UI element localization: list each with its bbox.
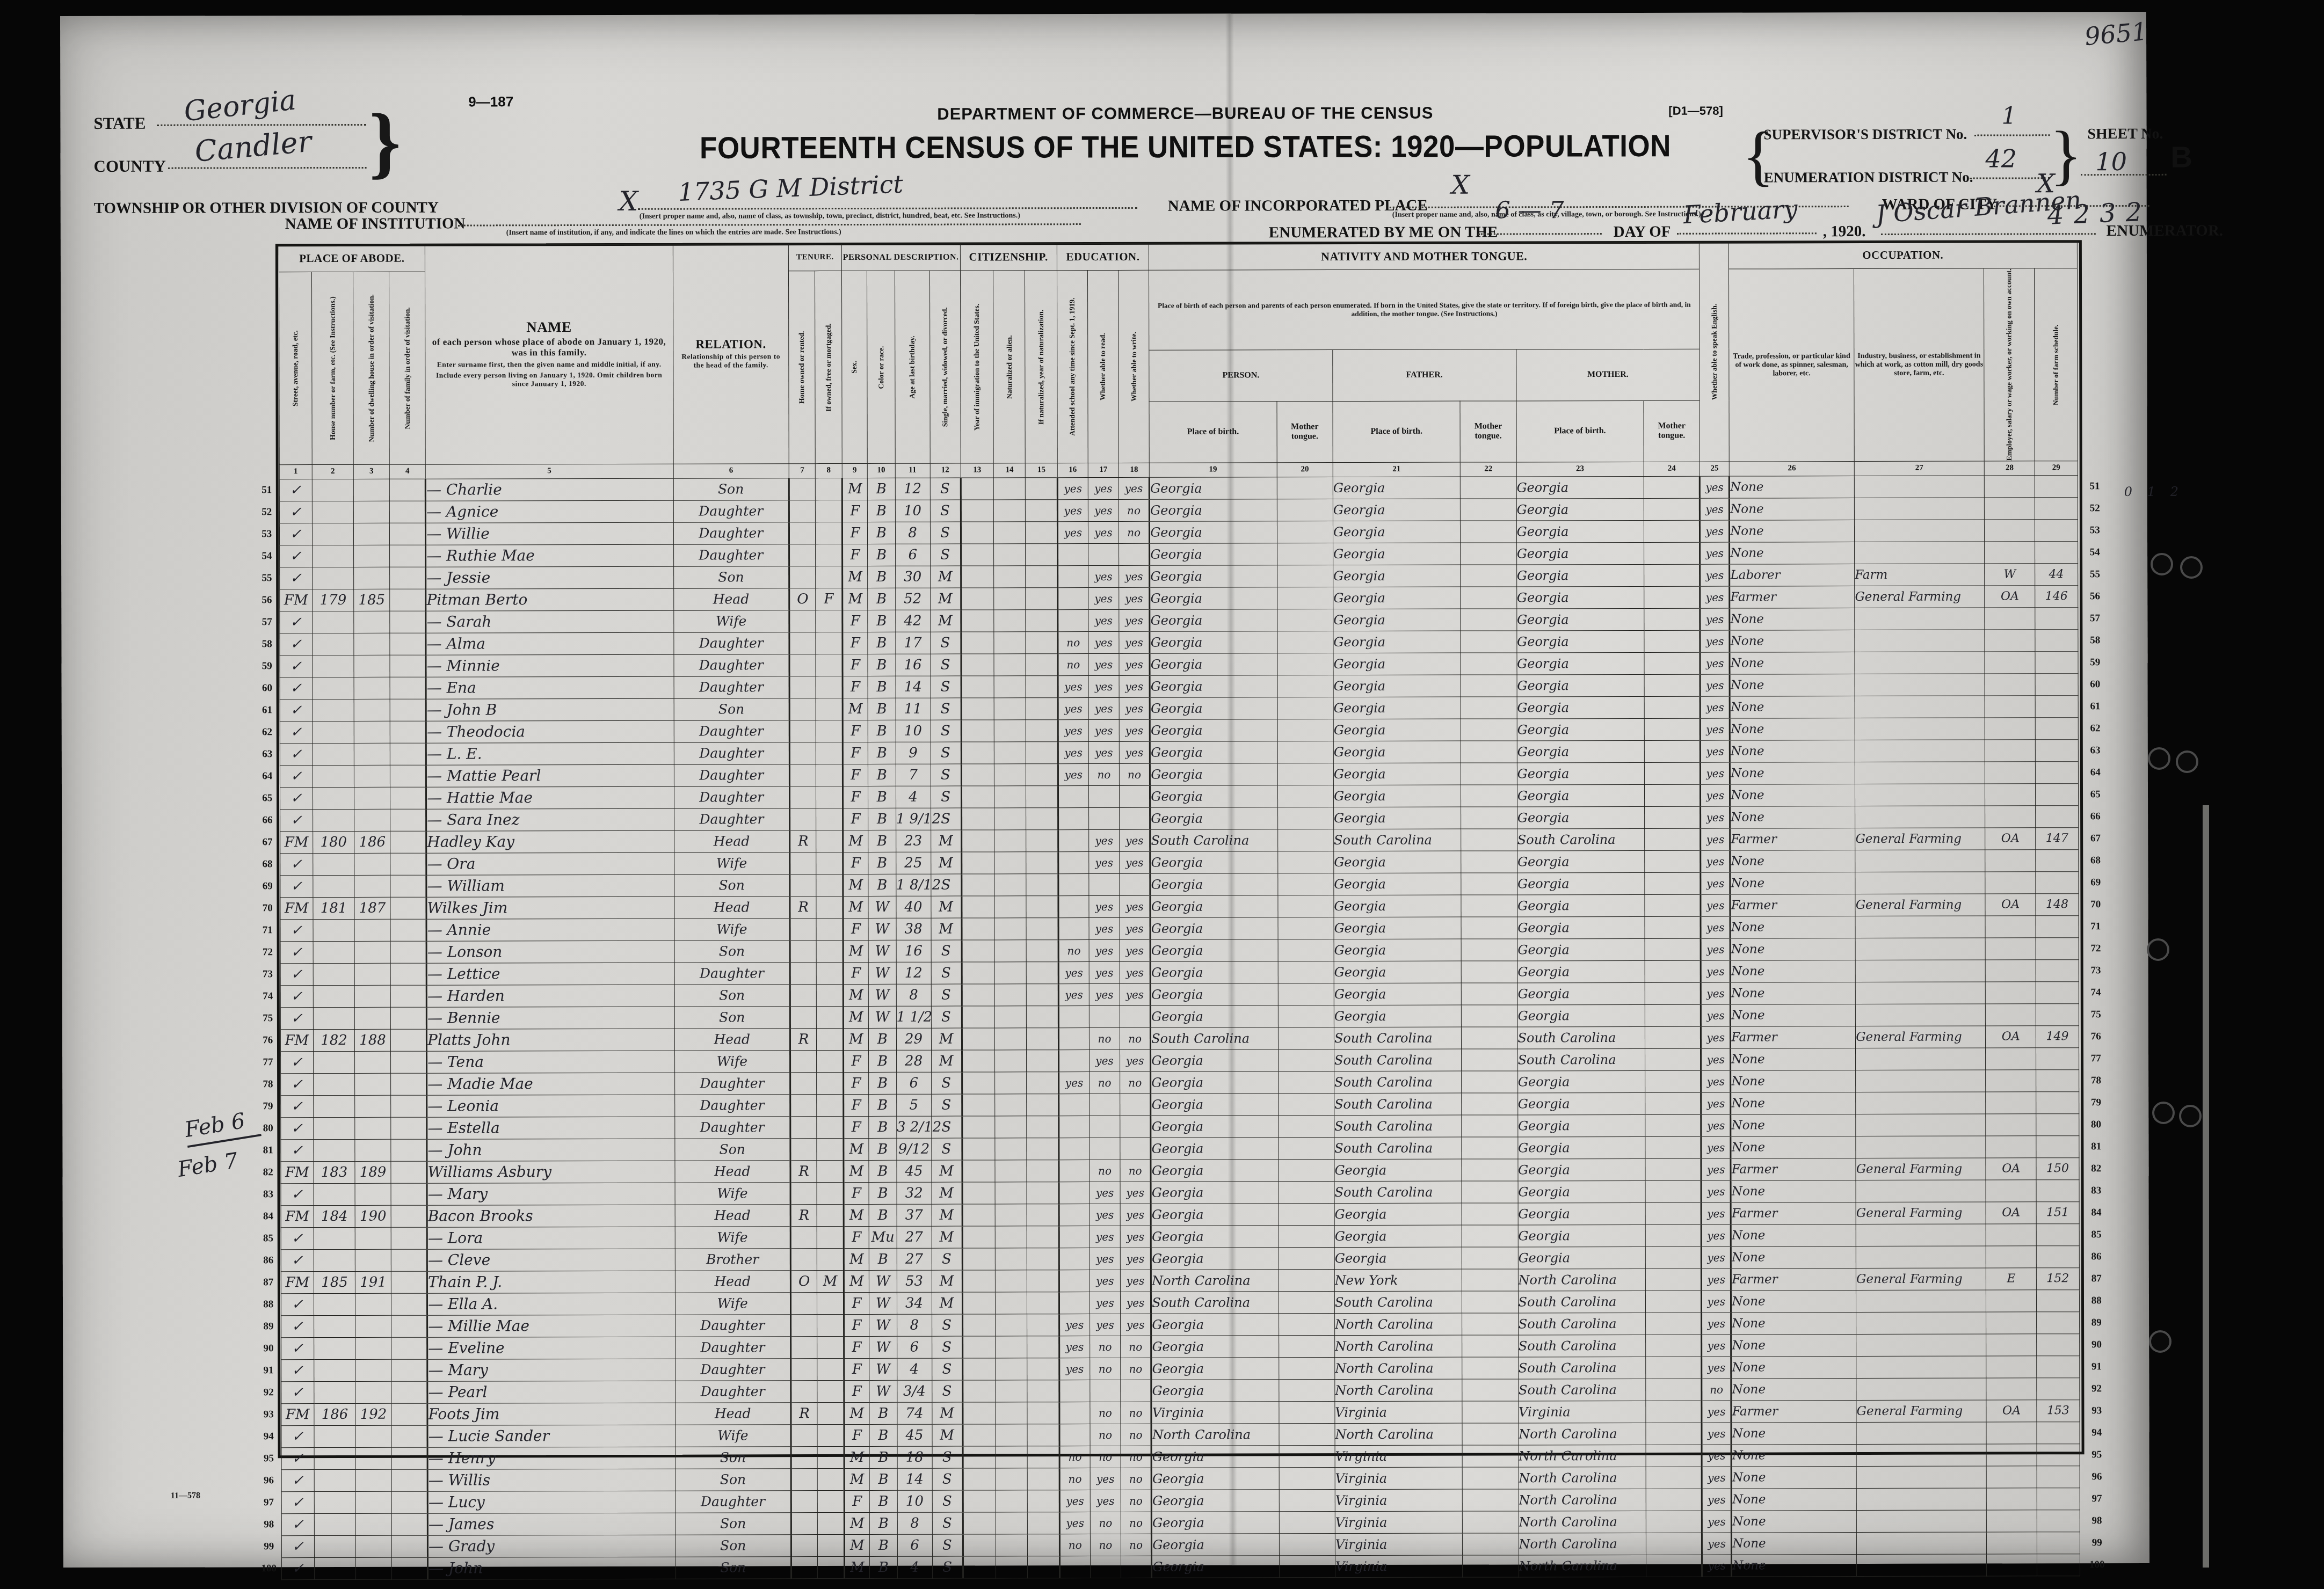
cell-col6: Head bbox=[673, 588, 789, 610]
cell-col7: R bbox=[790, 830, 817, 852]
line-number-left: 80 bbox=[256, 1117, 280, 1139]
cell-col29: 149 bbox=[2036, 1025, 2079, 1047]
cell-col23: Georgia bbox=[1517, 916, 1645, 938]
cell-col20 bbox=[1279, 1291, 1334, 1313]
col11-age: Age at last birthday. bbox=[895, 271, 930, 463]
cell-col24 bbox=[1645, 894, 1701, 916]
cell-col15 bbox=[1027, 1226, 1059, 1248]
table-row: 84FM184190Bacon BrooksHeadRMB37MyesyesGe… bbox=[256, 1201, 2114, 1227]
cell-col27: General Farming bbox=[1856, 1400, 1986, 1423]
cell-col20 bbox=[1277, 829, 1333, 851]
cell-col4 bbox=[391, 1117, 427, 1139]
cell-col11: 42 bbox=[895, 610, 930, 632]
cell-col25: yes bbox=[1701, 1070, 1731, 1092]
cell-col3: 191 bbox=[355, 1271, 391, 1293]
cell-col7 bbox=[789, 676, 816, 698]
cell-col26: Farmer bbox=[1731, 1400, 1856, 1422]
cell-col4 bbox=[390, 919, 426, 941]
cell-col8: F bbox=[816, 588, 843, 610]
cell-col18: no bbox=[1121, 1534, 1151, 1556]
cell-col17: no bbox=[1090, 1534, 1121, 1556]
cell-col20 bbox=[1277, 763, 1333, 785]
cell-col21: Georgia bbox=[1333, 697, 1461, 719]
cell-col15 bbox=[1027, 1160, 1058, 1182]
supervisor-district-value: 1 bbox=[2001, 102, 2016, 129]
table-row: 64✓— Mattie PearlDaughterFB7SyesnonoGeor… bbox=[255, 761, 2112, 787]
cell-col6: Daughter bbox=[674, 962, 790, 984]
line-number-left: 78 bbox=[256, 1073, 280, 1095]
cell-col19: Georgia bbox=[1151, 1116, 1278, 1138]
cell-col6: Daughter bbox=[674, 1072, 790, 1094]
line-number-right: 68 bbox=[2078, 849, 2112, 871]
cell-col20 bbox=[1278, 939, 1334, 961]
cell-col2: 180 bbox=[313, 831, 354, 853]
cell-col24 bbox=[1646, 1511, 1702, 1533]
cell-col10: B bbox=[869, 1094, 897, 1116]
cell-col28 bbox=[1985, 872, 2036, 894]
cell-col7 bbox=[791, 1424, 818, 1446]
line-number-left: 95 bbox=[257, 1447, 281, 1469]
cell-col7 bbox=[790, 1138, 817, 1160]
cell-col7 bbox=[789, 764, 816, 786]
cell-col23: Georgia bbox=[1517, 894, 1645, 916]
cell-col24 bbox=[1646, 1423, 1702, 1445]
cell-col16: yes bbox=[1057, 521, 1088, 543]
cell-col8 bbox=[818, 1534, 845, 1556]
cell-col5: — John bbox=[428, 1557, 676, 1579]
cell-col2 bbox=[314, 1469, 355, 1491]
cell-col10: W bbox=[868, 896, 896, 918]
cell-col13 bbox=[961, 522, 994, 544]
cell-col3 bbox=[355, 1381, 391, 1403]
cell-col27 bbox=[1855, 784, 1985, 806]
cell-col1: ✓ bbox=[281, 1227, 314, 1249]
cell-col13 bbox=[962, 1248, 996, 1270]
punch-hole bbox=[2151, 553, 2173, 575]
cell-col1: ✓ bbox=[279, 479, 313, 501]
cell-col23: Georgia bbox=[1517, 652, 1644, 674]
cell-col19: Georgia bbox=[1150, 873, 1277, 895]
cell-col2 bbox=[313, 655, 354, 677]
cell-col23: Georgia bbox=[1517, 696, 1644, 718]
cell-col20 bbox=[1277, 499, 1333, 521]
line-number-left: 54 bbox=[255, 545, 279, 567]
col16-attended-school: Attended school any time since Sept. 1, … bbox=[1057, 271, 1088, 463]
line-number-right: 59 bbox=[2078, 651, 2112, 673]
cell-col11: 37 bbox=[897, 1204, 932, 1226]
township-label: TOWNSHIP OR OTHER DIVISION OF COUNTY bbox=[94, 199, 439, 217]
cell-col6: Daughter bbox=[674, 1116, 790, 1138]
cell-col16 bbox=[1059, 1204, 1090, 1226]
cell-col22 bbox=[1462, 1027, 1517, 1049]
cell-col1: ✓ bbox=[280, 963, 314, 985]
father-mother-tongue-header: Mother tongue. bbox=[1460, 401, 1516, 462]
cell-col4 bbox=[391, 1535, 427, 1557]
cell-col14 bbox=[996, 1336, 1027, 1358]
cell-col27: General Farming bbox=[1856, 1026, 1986, 1048]
cell-col16 bbox=[1059, 1402, 1090, 1424]
cell-col17: no bbox=[1090, 1446, 1121, 1468]
cell-col13 bbox=[961, 478, 994, 500]
cell-col29: 150 bbox=[2036, 1157, 2079, 1179]
cell-col23: North Carolina bbox=[1519, 1445, 1646, 1467]
cell-col24 bbox=[1645, 1026, 1701, 1048]
cell-col14 bbox=[994, 962, 1026, 984]
col12-marital: Single, married, widowed, or divorced. bbox=[929, 271, 961, 463]
census-scan-page: { "header": { "form_number": "9—187", "d… bbox=[0, 0, 2324, 1589]
cell-col21: South Carolina bbox=[1334, 829, 1461, 851]
cell-col26: None bbox=[1730, 806, 1855, 828]
cell-col27 bbox=[1855, 498, 1985, 520]
cell-col5: — Alma bbox=[426, 632, 674, 655]
cell-col3 bbox=[354, 985, 390, 1007]
cell-col7 bbox=[790, 1116, 817, 1138]
cell-col12: M bbox=[932, 1424, 962, 1446]
cell-col14 bbox=[994, 588, 1026, 610]
cell-col3: 192 bbox=[355, 1403, 391, 1425]
line-number-left: 62 bbox=[255, 721, 280, 743]
name-desc-1: of each person whose place of abode on J… bbox=[425, 336, 673, 360]
cell-col29 bbox=[2035, 629, 2078, 651]
cell-col11: 32 bbox=[897, 1182, 932, 1204]
cell-col10: Mu bbox=[869, 1226, 897, 1248]
cell-col15 bbox=[1026, 895, 1058, 917]
cell-col7 bbox=[789, 808, 816, 830]
cell-col12: S bbox=[931, 1094, 962, 1116]
cell-col13 bbox=[962, 1380, 996, 1402]
line-number-left: 76 bbox=[256, 1029, 280, 1051]
column-number: 5 bbox=[425, 464, 673, 479]
cell-col13 bbox=[963, 1446, 996, 1468]
table-row: 83✓— MaryWifeFB32MyesyesGeorgiaSouth Car… bbox=[256, 1179, 2114, 1205]
cell-col13 bbox=[963, 1424, 996, 1446]
line-number-right: 97 bbox=[2080, 1488, 2114, 1510]
line-number-right: 87 bbox=[2079, 1267, 2114, 1289]
cell-col16 bbox=[1059, 1160, 1090, 1182]
cell-col1: ✓ bbox=[281, 1447, 315, 1469]
line-number-left: 55 bbox=[255, 567, 279, 589]
cell-col25: yes bbox=[1702, 1357, 1731, 1379]
cell-col15 bbox=[1027, 1314, 1059, 1336]
cell-col23: Georgia bbox=[1518, 1158, 1645, 1180]
cell-col23: Georgia bbox=[1517, 938, 1645, 960]
cell-col10: W bbox=[869, 1380, 897, 1402]
cell-col21: Virginia bbox=[1335, 1401, 1462, 1423]
cell-col20 bbox=[1277, 477, 1333, 499]
cell-col19: Georgia bbox=[1151, 1446, 1279, 1468]
cell-col19: Georgia bbox=[1150, 917, 1277, 939]
cell-col26: Farmer bbox=[1730, 828, 1855, 850]
cell-col25: yes bbox=[1701, 1202, 1731, 1224]
cell-col2 bbox=[313, 765, 354, 787]
cell-col13 bbox=[961, 566, 994, 588]
cell-col6: Daughter bbox=[674, 764, 789, 786]
cell-col21: Georgia bbox=[1333, 653, 1461, 675]
group-citizenship: CITIZENSHIP. bbox=[960, 244, 1057, 271]
cell-col25: yes bbox=[1702, 1533, 1732, 1555]
cell-col20 bbox=[1279, 1467, 1335, 1489]
cell-col14 bbox=[994, 566, 1026, 588]
cell-col16: no bbox=[1059, 1446, 1090, 1468]
group-relation: RELATION. Relationship of this person to… bbox=[673, 244, 789, 464]
cell-col28 bbox=[1986, 1092, 2037, 1114]
column-number: 27 bbox=[1854, 461, 1984, 476]
cell-col29 bbox=[2037, 1466, 2080, 1488]
cell-col1: FM bbox=[281, 1271, 314, 1293]
cell-col1: ✓ bbox=[280, 809, 313, 831]
cell-col29 bbox=[2035, 607, 2078, 629]
cell-col17: no bbox=[1090, 1358, 1121, 1380]
cell-col29 bbox=[2036, 937, 2078, 959]
line-number-left: 64 bbox=[255, 765, 280, 787]
form-number: 9—187 bbox=[468, 93, 513, 110]
cell-col8 bbox=[816, 522, 843, 544]
cell-col11: 6 bbox=[895, 544, 930, 566]
cell-col11: 23 bbox=[896, 830, 931, 852]
cell-col24 bbox=[1646, 1555, 1702, 1577]
cell-col15 bbox=[1027, 1027, 1058, 1049]
cell-col24 bbox=[1645, 1180, 1701, 1202]
cell-col5: — John bbox=[427, 1139, 675, 1161]
cell-col12: M bbox=[930, 610, 961, 632]
line-number-right: 88 bbox=[2079, 1289, 2114, 1311]
line-number-left: 75 bbox=[256, 1007, 280, 1029]
cell-col6: Daughter bbox=[673, 544, 789, 566]
cell-col3: 186 bbox=[354, 831, 390, 853]
cell-col25: yes bbox=[1701, 1136, 1731, 1158]
cell-col13 bbox=[962, 1204, 996, 1226]
cell-col16: yes bbox=[1059, 1336, 1090, 1358]
cell-col18: yes bbox=[1120, 1049, 1151, 1072]
cell-col2 bbox=[313, 787, 354, 809]
cell-col14 bbox=[994, 1006, 1026, 1028]
line-number-left: 92 bbox=[256, 1381, 281, 1403]
cell-col19: Georgia bbox=[1152, 1512, 1279, 1534]
cell-col5: — Ora bbox=[426, 852, 674, 875]
cell-col29 bbox=[2036, 717, 2078, 739]
cell-col1: ✓ bbox=[280, 743, 313, 765]
cell-col3 bbox=[355, 1117, 391, 1139]
cell-col17 bbox=[1088, 785, 1119, 807]
cell-col24 bbox=[1646, 1467, 1702, 1489]
cell-col25: yes bbox=[1701, 762, 1730, 784]
cell-col10: B bbox=[869, 1534, 897, 1556]
cell-col8 bbox=[817, 1094, 844, 1116]
cell-col17: yes bbox=[1089, 829, 1120, 851]
cell-col14 bbox=[994, 764, 1026, 786]
cell-col25: yes bbox=[1702, 1291, 1731, 1313]
cell-col5: — Willis bbox=[427, 1469, 676, 1491]
name-desc-2: Enter surname first, then the given name… bbox=[425, 359, 673, 370]
cell-col20 bbox=[1277, 543, 1333, 565]
cell-col1: FM bbox=[280, 897, 314, 919]
cell-col18: yes bbox=[1119, 719, 1150, 741]
line-number-right: 64 bbox=[2078, 761, 2112, 783]
cell-col24 bbox=[1645, 960, 1701, 982]
line-number-right: 62 bbox=[2078, 717, 2112, 739]
cell-col26: Farmer bbox=[1731, 1202, 1856, 1224]
column-number: 17 bbox=[1088, 463, 1119, 477]
cell-col29: 151 bbox=[2036, 1201, 2079, 1223]
cell-col6: Son bbox=[674, 1006, 790, 1028]
cell-col3 bbox=[354, 941, 390, 963]
cell-col28: W bbox=[1985, 564, 2036, 586]
cell-col12: M bbox=[931, 918, 961, 940]
cell-col28 bbox=[1986, 1554, 2037, 1576]
cell-col4 bbox=[391, 1425, 427, 1447]
cell-col5: — Ella A. bbox=[427, 1293, 676, 1315]
column-number: 29 bbox=[2035, 461, 2078, 475]
cell-col13 bbox=[961, 874, 994, 896]
cell-col13 bbox=[962, 1028, 995, 1050]
cell-col10: B bbox=[868, 830, 896, 852]
cell-col11: 25 bbox=[896, 852, 931, 874]
cell-col22 bbox=[1461, 785, 1517, 807]
cell-col8 bbox=[818, 1556, 845, 1578]
cell-col26: None bbox=[1731, 1444, 1856, 1466]
cell-col13 bbox=[963, 1534, 996, 1556]
line-number-right: 56 bbox=[2078, 585, 2112, 607]
cell-col17: yes bbox=[1088, 675, 1119, 697]
cell-col21: Georgia bbox=[1333, 565, 1461, 587]
cell-col11: 74 bbox=[897, 1402, 932, 1424]
line-number-left: 97 bbox=[257, 1491, 281, 1513]
cell-col10: W bbox=[869, 1292, 897, 1314]
cell-col17: yes bbox=[1088, 521, 1119, 543]
cell-col24 bbox=[1645, 850, 1701, 872]
cell-col5: — William bbox=[426, 874, 674, 897]
cell-col10: W bbox=[869, 1314, 897, 1336]
cell-col21: Georgia bbox=[1334, 851, 1461, 873]
cell-col17: yes bbox=[1088, 565, 1119, 587]
cell-col28 bbox=[1985, 938, 2036, 960]
cell-col28 bbox=[1986, 1180, 2037, 1202]
line-number-right: 93 bbox=[2079, 1400, 2114, 1422]
cell-col3 bbox=[355, 1359, 391, 1381]
cell-col27 bbox=[1855, 850, 1985, 872]
cell-col29: 148 bbox=[2036, 893, 2078, 915]
cell-col4 bbox=[390, 633, 426, 655]
cell-col19: Georgia bbox=[1150, 961, 1277, 983]
cell-col8 bbox=[817, 1028, 844, 1050]
cell-col15 bbox=[1026, 873, 1058, 895]
cell-col20 bbox=[1278, 1115, 1334, 1137]
cell-col24 bbox=[1644, 564, 1700, 586]
cell-col27 bbox=[1856, 1070, 1986, 1092]
table-row: 81✓— JohnSonMB9/12SGeorgiaSouth Carolina… bbox=[256, 1135, 2113, 1161]
cell-col27 bbox=[1855, 718, 1985, 740]
cell-col27 bbox=[1856, 1334, 1986, 1357]
cell-col16: yes bbox=[1059, 1358, 1090, 1380]
cell-col10: B bbox=[870, 1556, 898, 1578]
cell-col21: Georgia bbox=[1333, 807, 1461, 829]
cell-col28 bbox=[1985, 1004, 2036, 1026]
cell-col9: F bbox=[843, 786, 868, 808]
cell-col1: ✓ bbox=[281, 1535, 315, 1557]
cell-col23: Georgia bbox=[1517, 784, 1644, 806]
cell-col19: Georgia bbox=[1150, 675, 1277, 697]
cell-col18: yes bbox=[1121, 1292, 1151, 1314]
enumeration-district-label: ENUMERATION DISTRICT No. bbox=[1764, 169, 1973, 186]
cell-col15 bbox=[1028, 1468, 1059, 1490]
cell-col13 bbox=[962, 1292, 996, 1314]
cell-col4 bbox=[390, 941, 426, 963]
line-number-left: 96 bbox=[257, 1469, 281, 1491]
cell-col1: ✓ bbox=[280, 875, 313, 897]
cell-col6: Daughter bbox=[675, 1314, 790, 1336]
cell-col24 bbox=[1644, 762, 1700, 784]
punch-hole bbox=[2148, 747, 2170, 770]
line-number-right: 65 bbox=[2078, 783, 2112, 805]
cell-col25: yes bbox=[1700, 520, 1730, 542]
cell-col19: Georgia bbox=[1151, 1336, 1279, 1358]
cell-col3 bbox=[354, 853, 390, 875]
cell-col3 bbox=[355, 1425, 391, 1447]
institution-underline bbox=[458, 205, 1081, 226]
cell-col19: Georgia bbox=[1151, 1226, 1278, 1248]
cell-col29 bbox=[2035, 519, 2078, 541]
cell-col14 bbox=[996, 1534, 1028, 1556]
cell-col11: 18 bbox=[897, 1446, 932, 1468]
column-number: 6 bbox=[673, 463, 789, 478]
cell-col14 bbox=[994, 676, 1026, 698]
cell-col16 bbox=[1059, 1248, 1090, 1270]
cell-col24 bbox=[1645, 1269, 1701, 1291]
cell-col15 bbox=[1027, 961, 1058, 983]
cell-col29 bbox=[2036, 1003, 2079, 1025]
state-label: STATE bbox=[93, 114, 146, 133]
cell-col9: F bbox=[843, 654, 868, 676]
cell-col21: Georgia bbox=[1333, 631, 1461, 653]
line-number-right: 84 bbox=[2079, 1201, 2114, 1223]
cell-col12: S bbox=[931, 1072, 962, 1094]
cell-col23: South Carolina bbox=[1517, 828, 1644, 850]
cell-col27: General Farming bbox=[1856, 1202, 1986, 1224]
cell-col23: South Carolina bbox=[1518, 1357, 1645, 1379]
col29-farm-schedule: Number of farm schedule. bbox=[2035, 268, 2078, 461]
table-row: 89✓— Millie MaeDaughterFW8SyesyesyesGeor… bbox=[256, 1311, 2114, 1337]
cell-col16: no bbox=[1059, 1468, 1090, 1490]
cell-col18: yes bbox=[1119, 653, 1150, 675]
cell-col21: Georgia bbox=[1334, 917, 1461, 939]
cell-col8 bbox=[818, 1512, 845, 1534]
cell-col13 bbox=[961, 632, 994, 654]
cell-col15 bbox=[1026, 741, 1058, 763]
cell-col28 bbox=[1986, 1224, 2037, 1246]
cell-col26: None bbox=[1731, 1356, 1856, 1378]
cell-col20 bbox=[1277, 807, 1333, 829]
col27-industry: Industry, business, or establishment in … bbox=[1854, 268, 1984, 461]
col28-employer-class: Employer, salary or wage worker, or work… bbox=[1984, 268, 2035, 461]
cell-col21: Georgia bbox=[1333, 609, 1461, 631]
cell-col8 bbox=[816, 808, 843, 830]
cell-col16: no bbox=[1059, 1534, 1090, 1556]
cell-col7 bbox=[789, 720, 816, 742]
cell-col8 bbox=[817, 1402, 844, 1424]
cell-col18: yes bbox=[1120, 1270, 1151, 1292]
cell-col13 bbox=[962, 1226, 996, 1248]
cell-col4 bbox=[390, 611, 426, 633]
cell-col8 bbox=[817, 1204, 844, 1226]
cell-col23: Georgia bbox=[1517, 718, 1644, 740]
cell-col5: — Mary bbox=[427, 1359, 676, 1381]
cell-col8 bbox=[816, 698, 843, 720]
col15-naturalization-year: If naturalized, year of naturalization. bbox=[1025, 271, 1057, 463]
cell-col2 bbox=[313, 677, 354, 699]
cell-col6: Head bbox=[675, 1204, 790, 1226]
cell-col20 bbox=[1277, 785, 1333, 807]
cell-col29 bbox=[2036, 805, 2078, 827]
